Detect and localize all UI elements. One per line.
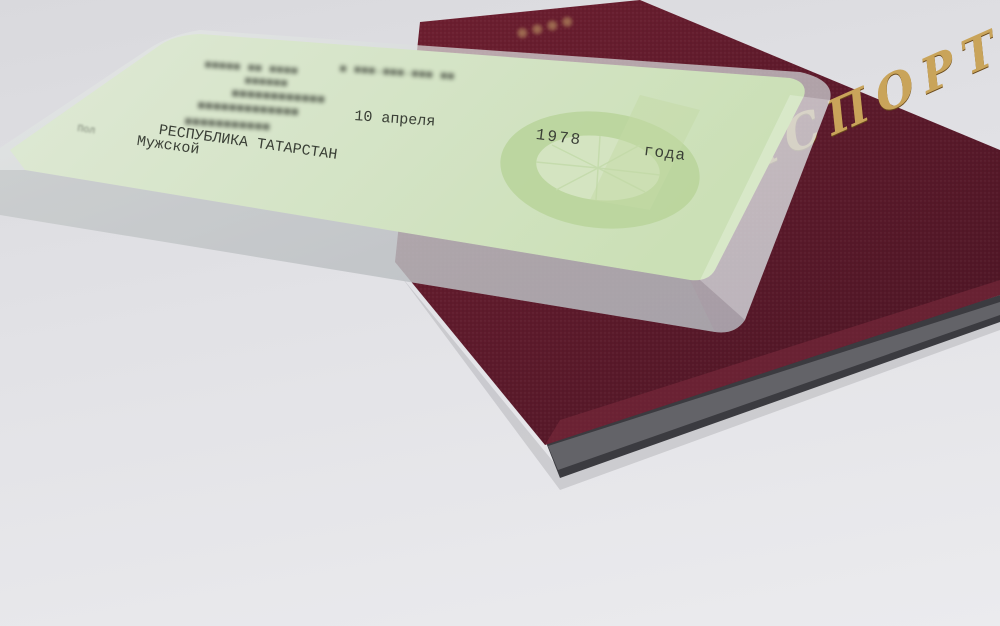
photo-scene: ✺✺✺✺ ПАСПОРТ [0, 0, 1000, 626]
card-sex-label: Пол [76, 124, 95, 137]
plastic-sleeve [0, 0, 1000, 626]
